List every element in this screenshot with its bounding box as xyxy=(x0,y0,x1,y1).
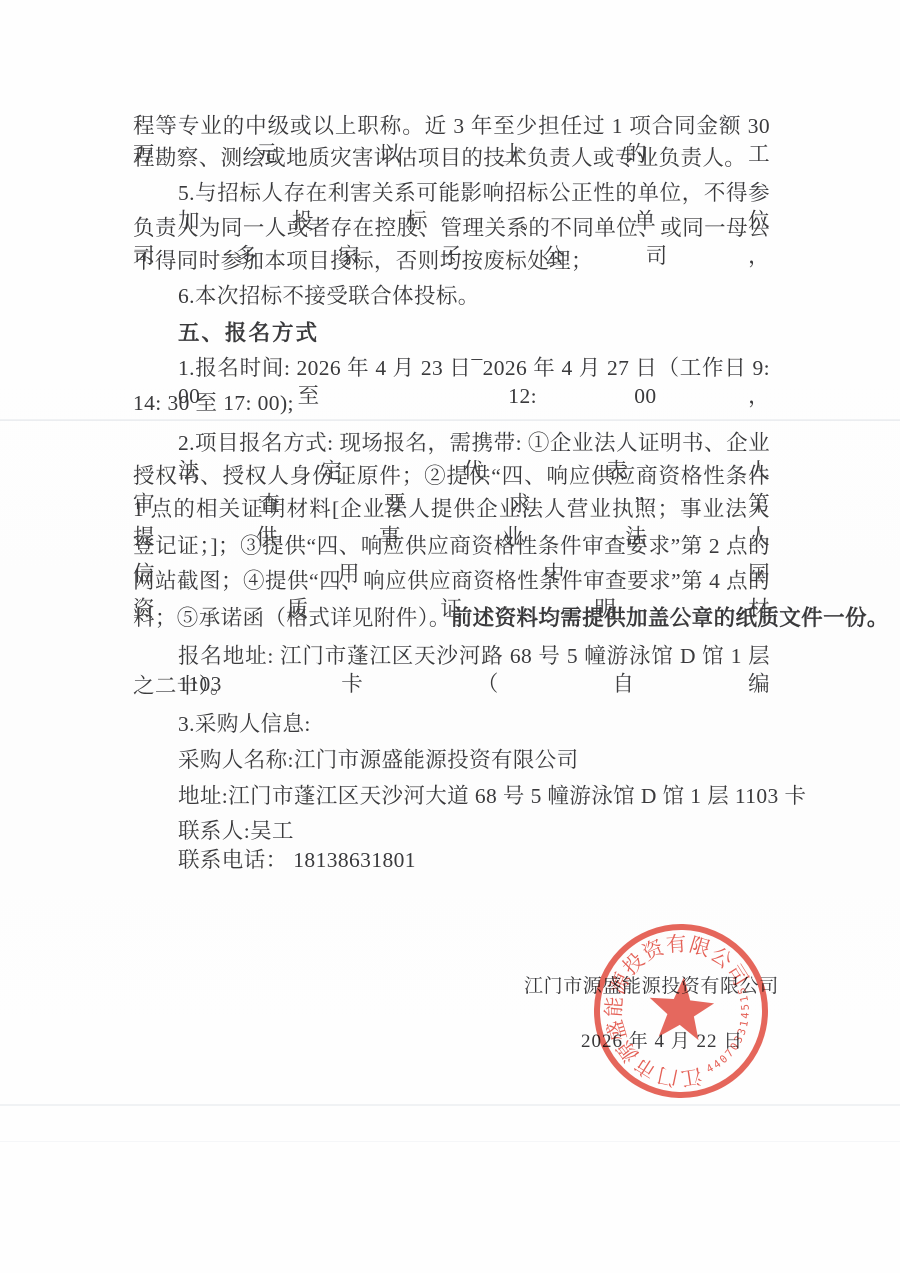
text-line: 联系电话： 18138631801 xyxy=(133,846,770,876)
text-run: 14: 30 至 17: 00); xyxy=(133,391,294,415)
text-line: 登记证；]；③提供“四、响应供应商资格性条件审查要求”第 2 点的信用中国 xyxy=(133,532,770,562)
text-run: 不得同时参加本项目投标，否则均按废标处理； xyxy=(133,249,593,273)
text-line: 采购人名称:江门市源盛能源投资有限公司 xyxy=(133,746,770,776)
text-line: 1.报名时间: 2026 年 4 月 23 日¯2026 年 4 月 27 日（… xyxy=(133,354,770,384)
text-line: 1 点的相关证明材料[企业法人提供企业法人营业执照；事业法人提供事业法人 xyxy=(133,495,770,525)
bold-text-run: 前述资料均需提供加盖公章的纸质文件一份。 xyxy=(451,606,889,630)
text-line: 程勘察、测绘或地质灾害评估项目的技术负责人或专业负责人。 xyxy=(133,144,770,174)
text-run: 料；⑤承诺函（格式详见附件）。 xyxy=(133,606,451,630)
text-line: 网站截图；④提供“四、响应供应商资格性条件审查要求”第 4 点的资质证明材 xyxy=(133,567,770,597)
text-line: 报名地址: 江门市蓬江区天沙河路 68 号 5 幢游泳馆 D 馆 1 层 110… xyxy=(133,642,770,672)
text-line: 料；⑤承诺函（格式详见附件）。前述资料均需提供加盖公章的纸质文件一份。 xyxy=(133,604,770,634)
text-run: 3.采购人信息: xyxy=(178,712,311,736)
text-line: 程等专业的中级或以上职称。近 3 年至少担任过 1 项合同金额 30 万元以上的… xyxy=(133,112,770,142)
text-line: 五、报名方式 xyxy=(133,319,770,349)
signature-date: 2026 年 4 月 22 日 xyxy=(581,1026,741,1053)
document-page: 程等专业的中级或以上职称。近 3 年至少担任过 1 项合同金额 30 万元以上的… xyxy=(0,0,900,1273)
company-seal: 江门市源盛能源投资有限公司 4407033145151 xyxy=(586,916,776,1106)
text-line: 2.项目报名方式: 现场报名，需携带: ①企业法人证明书、企业法定代表人 xyxy=(133,429,770,459)
text-line: 14: 30 至 17: 00); xyxy=(133,389,770,419)
signature-company: 江门市源盛能源投资有限公司 xyxy=(524,971,764,998)
text-line: 地址:江门市蓬江区天沙河大道 68 号 5 幢游泳馆 D 馆 1 层 1103 … xyxy=(133,782,770,812)
text-run: 联系电话： 18138631801 xyxy=(178,848,416,872)
text-run: 联系人:吴工 xyxy=(178,819,294,843)
text-line: 负责人为同一人或者存在控股、管理关系的不同单位、或同一母公司多家子公司， xyxy=(133,214,770,244)
text-line: 联系人:吴工 xyxy=(133,817,770,847)
text-line: 授权书、授权人身份证原件；②提供“四、响应供应商资格性条件审查要求”第 xyxy=(133,462,770,492)
text-run: 之二十）。 xyxy=(133,674,232,698)
text-run: 6.本次招标不接受联合体投标。 xyxy=(178,284,480,308)
scan-artifact-line xyxy=(0,1141,900,1142)
text-line: 不得同时参加本项目投标，否则均按废标处理； xyxy=(133,247,770,277)
text-run: 地址:江门市蓬江区天沙河大道 68 号 5 幢游泳馆 D 馆 1 层 1103 … xyxy=(178,784,806,808)
text-line: 3.采购人信息: xyxy=(133,710,770,740)
text-run: 程勘察、测绘或地质灾害评估项目的技术负责人或专业负责人。 xyxy=(133,146,746,170)
bold-text-run: 五、报名方式 xyxy=(178,321,319,345)
scan-artifact-line xyxy=(0,419,900,421)
text-line: 5.与招标人存在利害关系可能影响招标公正性的单位，不得参加投标。单位 xyxy=(133,179,770,209)
text-line: 之二十）。 xyxy=(133,672,770,702)
text-line: 6.本次招标不接受联合体投标。 xyxy=(133,282,770,312)
text-run: 采购人名称:江门市源盛能源投资有限公司 xyxy=(178,748,579,772)
